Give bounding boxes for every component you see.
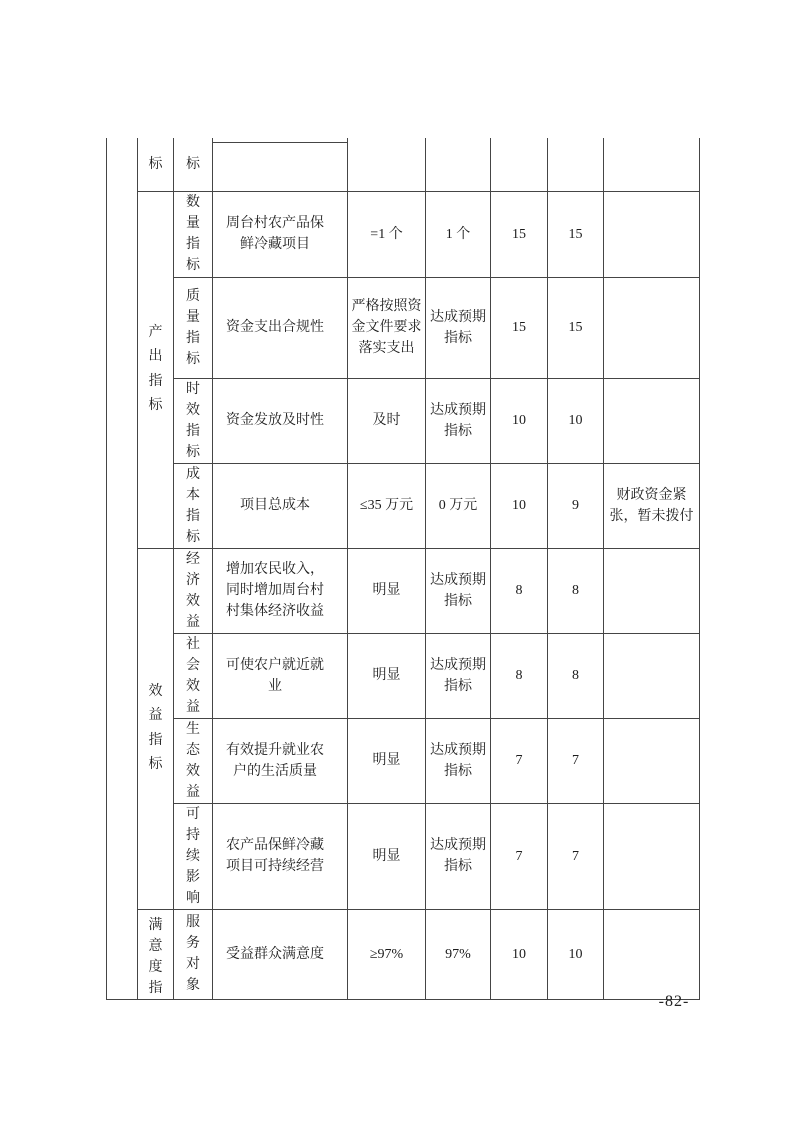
cell-sub-quality: 质量指标	[174, 277, 213, 378]
cell-carryover-remark	[604, 138, 700, 191]
cell-remark	[604, 191, 700, 277]
table-row-ecological-benefit: 生态效益 有效提升就业农户的生活质量 明显 达成预期指标 7 7	[107, 718, 700, 803]
cell-score: 8	[548, 548, 604, 633]
cell-score: 15	[548, 277, 604, 378]
cell-actual-value: 达成预期指标	[426, 718, 491, 803]
cell-target-value: ≤35 万元	[348, 463, 426, 548]
cell-actual-value: 达成预期指标	[426, 378, 491, 463]
cell-points: 10	[491, 909, 548, 999]
table-row-cost: 成本指标 项目总成本 ≤35 万元 0 万元 10 9 财政资金紧张，暂未拨付	[107, 463, 700, 548]
document-page: 标 标 产出指标 数量指标 周台村农产品保鲜冷藏项目 =1 个 1 个 15 1…	[0, 0, 794, 1122]
cell-sub-sustainable: 可持续影响	[174, 803, 213, 909]
cell-score: 8	[548, 633, 604, 718]
cell-actual-value: 0 万元	[426, 463, 491, 548]
table-row-quantity: 产出指标 数量指标 周台村农产品保鲜冷藏项目 =1 个 1 个 15 15	[107, 191, 700, 277]
cell-sub-economic: 经济效益	[174, 548, 213, 633]
cell-remark	[604, 378, 700, 463]
cell-target-value: 明显	[348, 803, 426, 909]
cell-sub-social: 社会效益	[174, 633, 213, 718]
cell-carryover-group-label: 标	[138, 138, 174, 191]
cell-points: 8	[491, 633, 548, 718]
cell-remark	[604, 909, 700, 999]
cell-remark	[604, 718, 700, 803]
cell-target-value: 明显	[348, 548, 426, 633]
cell-target-value: ≥97%	[348, 909, 426, 999]
cell-carryover-score	[548, 138, 604, 191]
cell-sub-ecological: 生态效益	[174, 718, 213, 803]
cell-points: 10	[491, 463, 548, 548]
cell-indicator-name: 受益群众满意度	[213, 909, 348, 999]
table-row-timeliness: 时效指标 资金发放及时性 及时 达成预期指标 10 10	[107, 378, 700, 463]
cell-carryover-points	[491, 138, 548, 191]
cell-indicator-name: 可使农户就近就业	[213, 633, 348, 718]
table-row-satisfaction: 满意度指 服务对象 受益群众满意度 ≥97% 97% 10 10	[107, 909, 700, 999]
cell-indicator-name: 资金支出合规性	[213, 277, 348, 378]
cell-carryover-target	[348, 138, 426, 191]
group-label-output: 产出指标	[148, 321, 163, 419]
cell-group-output: 产出指标	[138, 191, 174, 548]
cell-score: 10	[548, 378, 604, 463]
group-label-benefit: 效益指标	[148, 680, 163, 778]
cutoff-cell-border	[213, 142, 348, 191]
table-row-social-benefit: 社会效益 可使农户就近就业 明显 达成预期指标 8 8	[107, 633, 700, 718]
cell-sub-quantity: 数量指标	[174, 191, 213, 277]
cell-remark	[604, 277, 700, 378]
cell-actual-value: 达成预期指标	[426, 803, 491, 909]
cell-group-satisfaction: 满意度指	[138, 909, 174, 999]
cell-points: 8	[491, 548, 548, 633]
cell-points: 7	[491, 718, 548, 803]
cell-actual-value: 1 个	[426, 191, 491, 277]
cell-points: 15	[491, 191, 548, 277]
cell-group-benefit: 效益指标	[138, 548, 174, 909]
cell-remark: 财政资金紧张，暂未拨付	[604, 463, 700, 548]
cell-actual-value: 97%	[426, 909, 491, 999]
sub-label-fragment: 标	[186, 154, 201, 175]
cell-target-value: 及时	[348, 378, 426, 463]
table-row-quality: 质量指标 资金支出合规性 严格按照资金文件要求落实支出 达成预期指标 15 15	[107, 277, 700, 378]
group-label-fragment: 标	[148, 154, 163, 175]
cell-actual-value: 达成预期指标	[426, 633, 491, 718]
cell-carryover-sub-label: 标	[174, 138, 213, 191]
cell-sub-timeliness: 时效指标	[174, 378, 213, 463]
cell-left-continuation-column	[107, 138, 138, 999]
cell-points: 10	[491, 378, 548, 463]
cell-indicator-name: 周台村农产品保鲜冷藏项目	[213, 191, 348, 277]
table-row-carryover: 标 标	[107, 138, 700, 191]
cell-remark	[604, 548, 700, 633]
cell-actual-value: 达成预期指标	[426, 548, 491, 633]
cell-score: 15	[548, 191, 604, 277]
cell-score: 7	[548, 803, 604, 909]
cell-remark	[604, 803, 700, 909]
cell-target-value: 严格按照资金文件要求落实支出	[348, 277, 426, 378]
cell-actual-value: 达成预期指标	[426, 277, 491, 378]
cell-remark	[604, 633, 700, 718]
cell-target-value: 明显	[348, 633, 426, 718]
cell-sub-service-target: 服务对象	[174, 909, 213, 999]
cell-indicator-name: 项目总成本	[213, 463, 348, 548]
cell-points: 7	[491, 803, 548, 909]
cell-target-value: 明显	[348, 718, 426, 803]
cell-carryover-name	[213, 138, 348, 191]
cell-indicator-name: 农产品保鲜冷藏项目可持续经营	[213, 803, 348, 909]
group-label-satisfaction: 满意度指	[148, 910, 163, 999]
cell-points: 15	[491, 277, 548, 378]
cell-score: 9	[548, 463, 604, 548]
cell-sub-cost: 成本指标	[174, 463, 213, 548]
performance-indicator-table: 标 标 产出指标 数量指标 周台村农产品保鲜冷藏项目 =1 个 1 个 15 1…	[106, 138, 700, 1000]
cell-indicator-name: 资金发放及时性	[213, 378, 348, 463]
cell-target-value: =1 个	[348, 191, 426, 277]
table-row-economic-benefit: 效益指标 经济效益 增加农民收入，同时增加周台村村集体经济收益 明显 达成预期指…	[107, 548, 700, 633]
page-number: -82-	[650, 993, 698, 1011]
cell-score: 7	[548, 718, 604, 803]
cell-carryover-actual	[426, 138, 491, 191]
table-row-sustainability: 可持续影响 农产品保鲜冷藏项目可持续经营 明显 达成预期指标 7 7	[107, 803, 700, 909]
cell-indicator-name: 有效提升就业农户的生活质量	[213, 718, 348, 803]
cell-score: 10	[548, 909, 604, 999]
cell-indicator-name: 增加农民收入，同时增加周台村村集体经济收益	[213, 548, 348, 633]
